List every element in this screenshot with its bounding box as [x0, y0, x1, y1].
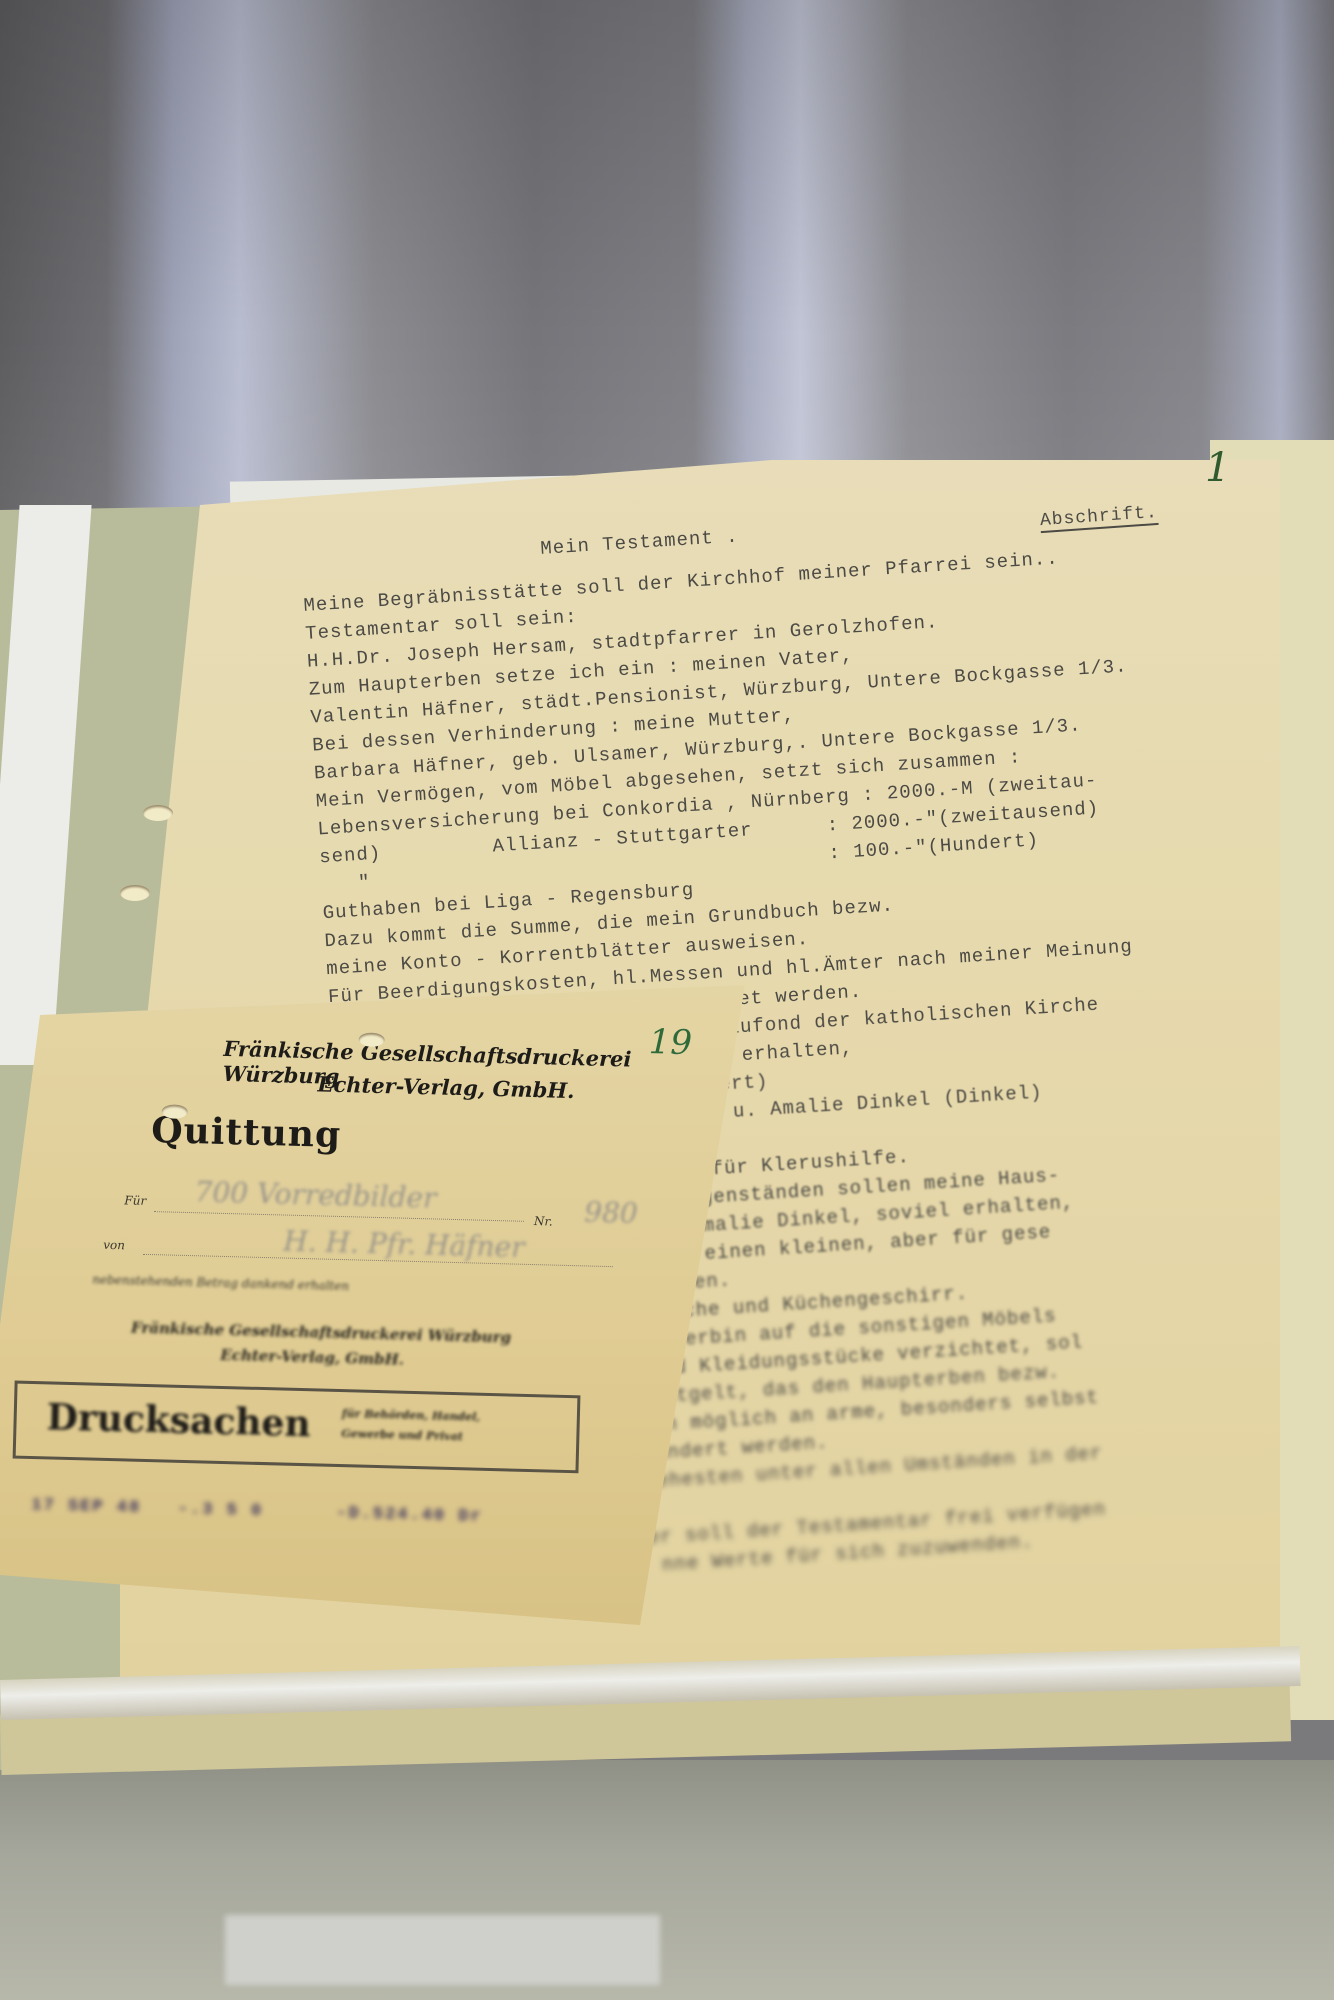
punch-hole: [120, 885, 150, 901]
receipt-publisher: Echter-Verlag, GmbH.: [317, 1071, 575, 1103]
nr-value: 980: [584, 1195, 638, 1229]
von-value: H. H. Pfr. Häfner: [283, 1225, 525, 1264]
page-number-mark: 1: [1205, 445, 1230, 491]
punch-hole: [143, 805, 173, 821]
receipt-stamp: 17 SEP 48 -.3 5 0 -D.524.40 Dr: [31, 1496, 483, 1527]
receipt-confirmation: nebenstehenden Betrag dankend erhalten: [92, 1273, 349, 1294]
signature-company: Fränkische Gesellschaftsdruckerei Würzbu…: [131, 1319, 511, 1347]
von-label: von: [103, 1238, 125, 1253]
signature-publisher: Echter-Verlag, GmbH.: [220, 1346, 404, 1369]
drucksachen-label: Drucksachen: [46, 1396, 311, 1445]
fuer-label: Für: [124, 1193, 146, 1208]
receipt-card: 19 Fränkische Gesellschaftsdruckerei Wür…: [0, 985, 745, 1625]
drucksachen-ad-box: Drucksachen für Behörden, Handel, Gewerb…: [13, 1381, 581, 1474]
blurred-label-card: [225, 1915, 660, 1985]
punch-hole: [359, 1032, 385, 1047]
table-surface: [0, 1760, 1334, 2000]
fuer-value: 700 Vorredbilder: [194, 1175, 437, 1214]
drucksachen-subtitle: für Behörden, Handel, Gewerbe und Privat: [341, 1404, 562, 1450]
nr-label: Nr.: [534, 1214, 553, 1228]
punch-hole: [162, 1104, 188, 1119]
